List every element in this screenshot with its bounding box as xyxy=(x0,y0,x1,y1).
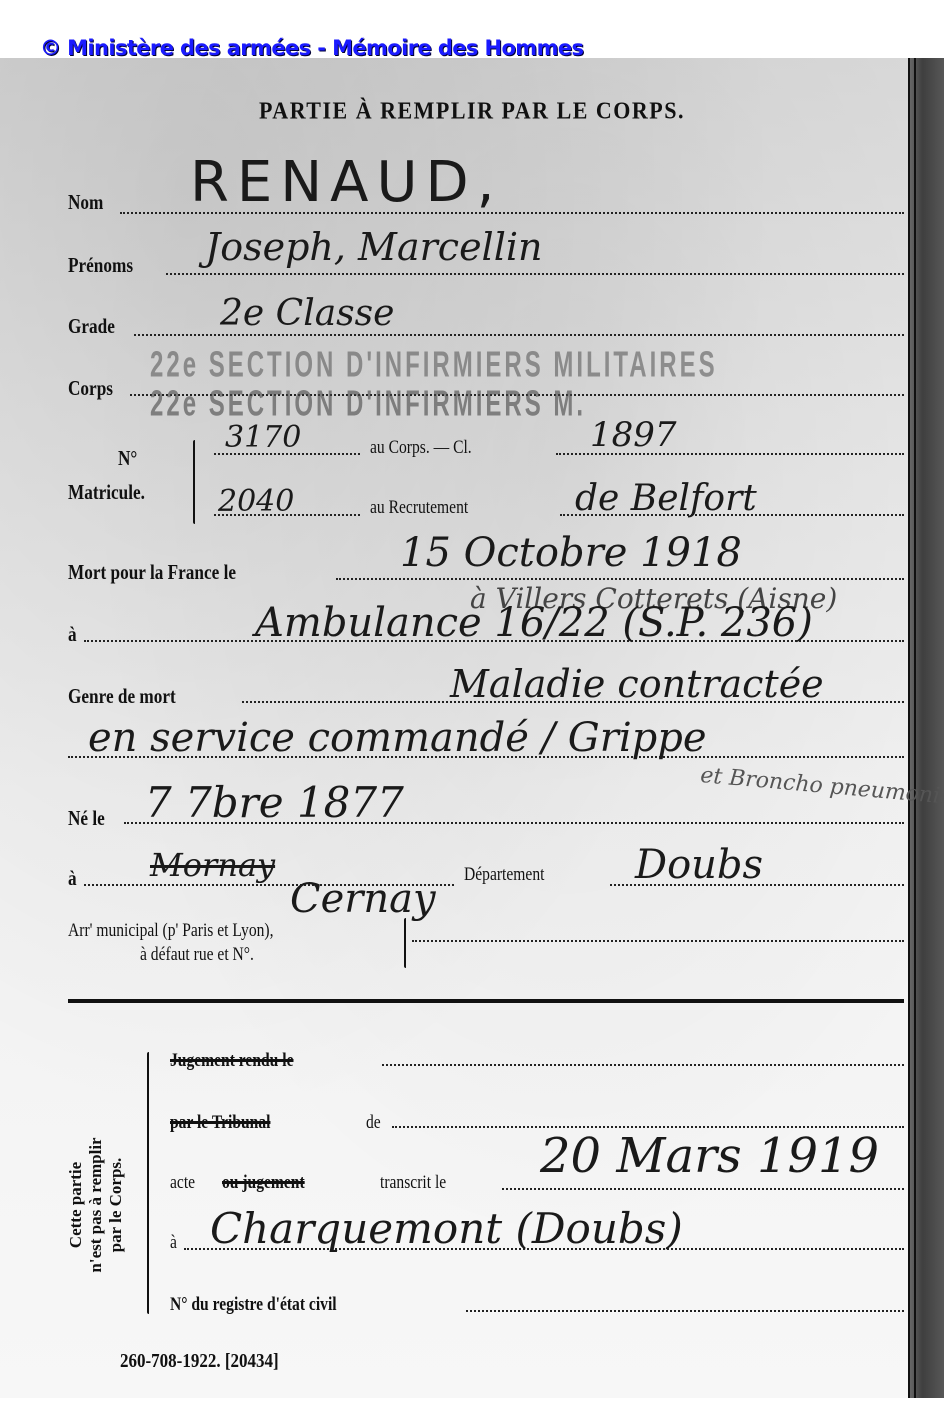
matricule-brace xyxy=(193,440,195,524)
label-ou-jugement: ou jugement xyxy=(222,1172,305,1194)
value-prenoms: Joseph, Marcellin xyxy=(205,225,543,269)
value-date-deces: 15 Octobre 1918 xyxy=(400,530,742,576)
value-lieu-transcription: Charquemont (Doubs) xyxy=(210,1204,683,1253)
copyright-watermark: © Ministère des armées - Mémoire des Hom… xyxy=(40,36,583,60)
value-nom: RENAUD, xyxy=(190,150,502,215)
label-de: de xyxy=(366,1112,381,1134)
label-matricule: Matricule. xyxy=(68,480,145,505)
value-grade: 2e Classe xyxy=(220,293,394,334)
value-date-naissance: 7 7bre 1877 xyxy=(145,778,404,827)
value-lieu-naissance-struck: Mornay xyxy=(150,846,275,884)
label-a-deces: à xyxy=(68,622,77,647)
value-genre-de-mort-line1: Maladie contractée xyxy=(450,662,824,706)
field-line-arr-municipal xyxy=(412,940,904,942)
label-no-registre: N° du registre d'état civil xyxy=(170,1294,337,1316)
label-arr-municipal: Arr' municipal (p' Paris et Lyon), xyxy=(68,920,274,942)
corps-stamp-line2: 22e SECTION D'INFIRMIERS M. xyxy=(150,384,586,426)
value-genre-de-mort-line2: en service commandé / Grippe xyxy=(88,715,707,761)
label-mort-pour-la-france: Mort pour la France le xyxy=(68,560,236,585)
label-corps: Corps xyxy=(68,376,113,401)
label-no: N° xyxy=(118,446,137,471)
label-nom: Nom xyxy=(68,190,103,215)
label-au-recrutement: au Recrutement xyxy=(370,497,468,519)
label-par-le-tribunal: par le Tribunal xyxy=(170,1112,270,1134)
value-departement: Doubs xyxy=(635,842,763,888)
side-note-line3: par le Corps. xyxy=(106,1090,126,1320)
label-jugement-rendu: Jugement rendu le xyxy=(170,1050,293,1072)
label-au-corps-classe: au Corps. — Cl. xyxy=(370,437,472,459)
value-matricule-recrutement: 2040 xyxy=(218,484,294,519)
form-title: PARTIE À REMPLIR PAR LE CORPS. xyxy=(0,97,944,126)
label-a-defaut-rue: à défaut rue et N°. xyxy=(140,944,254,966)
side-note-line2: n'est pas à remplir xyxy=(86,1090,106,1320)
field-line-jugement-rendu xyxy=(382,1064,904,1066)
field-line-date-deces xyxy=(336,578,904,580)
label-acte: acte xyxy=(170,1172,195,1194)
field-line-prenoms xyxy=(166,273,904,275)
value-lieu-deces: Ambulance 16/22 (S.P. 236) xyxy=(255,600,813,646)
label-departement: Département xyxy=(464,864,544,886)
field-line-no-registre xyxy=(466,1310,904,1312)
label-transcrit-le: transcrit le xyxy=(380,1172,446,1194)
field-line-grade xyxy=(134,334,904,336)
border-rule xyxy=(908,58,910,1398)
corps-stamp-line1: 22e SECTION D'INFIRMIERS MILITAIRES xyxy=(150,345,718,387)
arr-brace xyxy=(404,918,406,968)
value-recrutement: de Belfort xyxy=(575,478,757,519)
field-line-date-transcription xyxy=(502,1188,904,1190)
label-genre-de-mort: Genre de mort xyxy=(68,684,176,709)
value-lieu-naissance: Cernay xyxy=(290,876,436,922)
label-prenoms: Prénoms xyxy=(68,253,133,278)
value-date-transcription: 20 Mars 1919 xyxy=(540,1128,879,1184)
label-a-transcription: à xyxy=(170,1232,177,1254)
section-divider xyxy=(68,999,904,1003)
label-ne-le: Né le xyxy=(68,806,105,831)
civil-section-side-note: Cette partie n'est pas à remplir par le … xyxy=(66,1090,126,1320)
print-reference: 260-708-1922. [20434] xyxy=(120,1350,279,1373)
value-classe: 1897 xyxy=(590,415,677,455)
value-matricule-corps: 3170 xyxy=(225,420,301,455)
border-rule xyxy=(914,58,916,1398)
label-a-naissance: à xyxy=(68,866,77,891)
side-note-line1: Cette partie xyxy=(66,1090,86,1320)
civil-section-brace xyxy=(147,1052,149,1314)
label-grade: Grade xyxy=(68,314,115,339)
